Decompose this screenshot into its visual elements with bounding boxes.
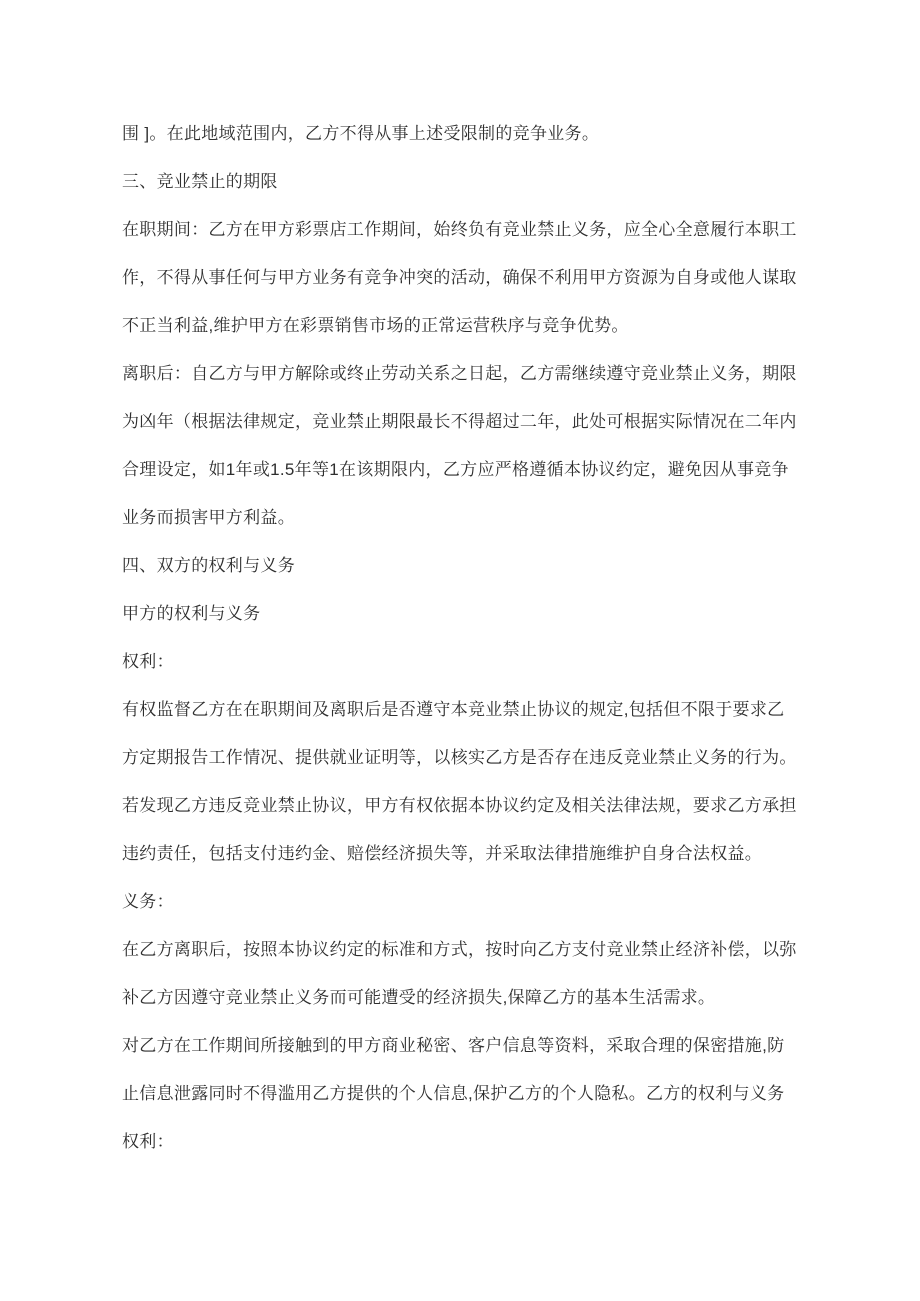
paragraph-line: 为凶年（根据法律规定，竞业禁止期限最长不得超过二年，此处可根据实际情况在二年内 bbox=[122, 398, 820, 446]
paragraph-line: 合理设定，如1年或1.5年等1在该期限内，乙方应严格遵循本协议约定，避免因从事竞… bbox=[122, 446, 820, 494]
paragraph-line: 方定期报告工作情况、提供就业证明等，以核实乙方是否存在违反竞业禁止义务的行为。 bbox=[122, 734, 820, 782]
paragraph-line: 围 ]。在此地域范围内，乙方不得从事上述受限制的竞争业务。 bbox=[122, 110, 820, 158]
paragraph-line: 在乙方离职后，按照本协议约定的标准和方式，按时向乙方支付竞业禁止经济补偿，以弥 bbox=[122, 926, 820, 974]
label-obligations: 义务： bbox=[122, 878, 820, 926]
paragraph-line: 若发现乙方违反竞业禁止协议，甲方有权依据本协议约定及相关法律法规，要求乙方承担 bbox=[122, 782, 820, 830]
paragraph-line: 不正当利益,维护甲方在彩票销售市场的正常运营秩序与竞争优势。 bbox=[122, 302, 820, 350]
paragraph-line: 补乙方因遵守竞业禁止义务而可能遭受的经济损失,保障乙方的基本生活需求。 bbox=[122, 974, 820, 1022]
paragraph-line: 离职后：自乙方与甲方解除或终止劳动关系之日起，乙方需继续遵守竞业禁止义务，期限 bbox=[122, 350, 820, 398]
document-page: 围 ]。在此地域范围内，乙方不得从事上述受限制的竞争业务。 三、竞业禁止的期限 … bbox=[0, 0, 920, 1301]
paragraph-line: 在职期间：乙方在甲方彩票店工作期间，始终负有竞业禁止义务，应全心全意履行本职工 bbox=[122, 206, 820, 254]
paragraph-line: 违约责任，包括支付违约金、赔偿经济损失等，并采取法律措施维护自身合法权益。 bbox=[122, 830, 820, 878]
section-heading-4: 四、双方的权利与义务 bbox=[122, 542, 820, 590]
paragraph-line: 止信息泄露同时不得滥用乙方提供的个人信息,保护乙方的个人隐私。乙方的权利与义务 bbox=[122, 1070, 820, 1118]
section-heading-3: 三、竞业禁止的期限 bbox=[122, 158, 820, 206]
subsection-heading-party-a: 甲方的权利与义务 bbox=[122, 590, 820, 638]
label-rights: 权利： bbox=[122, 638, 820, 686]
label-rights: 权利： bbox=[122, 1118, 820, 1166]
paragraph-line: 作，不得从事任何与甲方业务有竞争冲突的活动，确保不利用甲方资源为自身或他人谋取 bbox=[122, 254, 820, 302]
paragraph-line: 有权监督乙方在在职期间及离职后是否遵守本竞业禁止协议的规定,包括但不限于要求乙 bbox=[122, 686, 820, 734]
paragraph-line: 业务而损害甲方利益。 bbox=[122, 494, 820, 542]
paragraph-line: 对乙方在工作期间所接触到的甲方商业秘密、客户信息等资料，采取合理的保密措施,防 bbox=[122, 1022, 820, 1070]
